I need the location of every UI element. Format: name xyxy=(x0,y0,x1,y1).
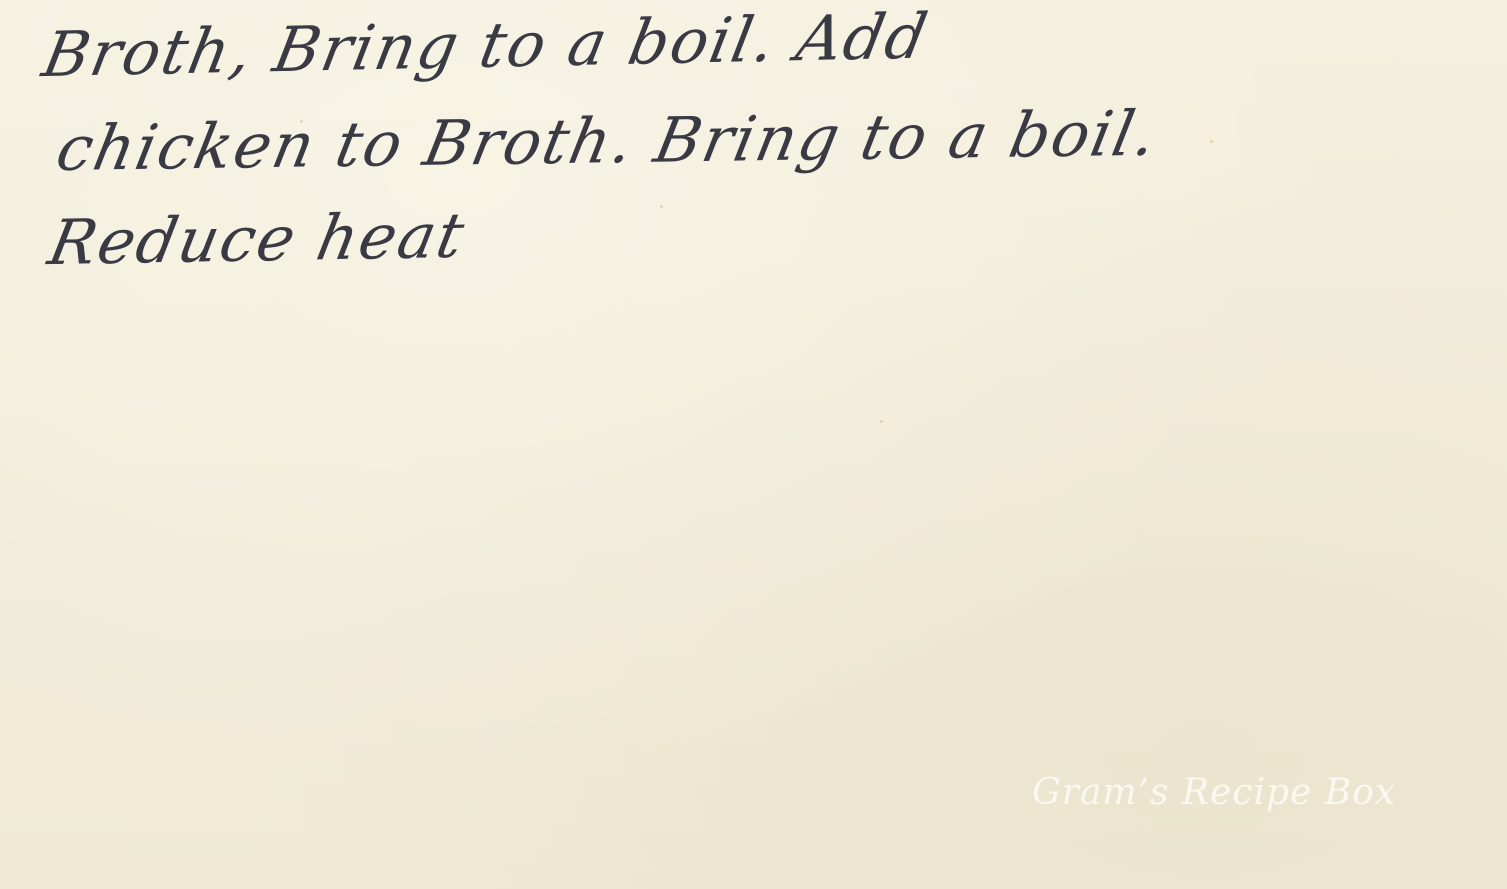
handwritten-line-1: Broth, Bring to a boil. Add xyxy=(37,0,935,91)
watermark: Gram’s Recipe Box xyxy=(1032,772,1396,813)
paper-speck xyxy=(880,420,883,423)
paper-speck xyxy=(660,205,663,208)
handwritten-line-2: chicken to Broth. Bring to a boil. xyxy=(51,97,1165,186)
paper-speck xyxy=(520,60,523,63)
recipe-card: Broth, Bring to a boil. Add chicken to B… xyxy=(0,0,1507,889)
paper-speck xyxy=(1210,140,1213,143)
handwritten-line-3: Reduce heat xyxy=(43,199,472,279)
paper-speck xyxy=(300,120,303,123)
